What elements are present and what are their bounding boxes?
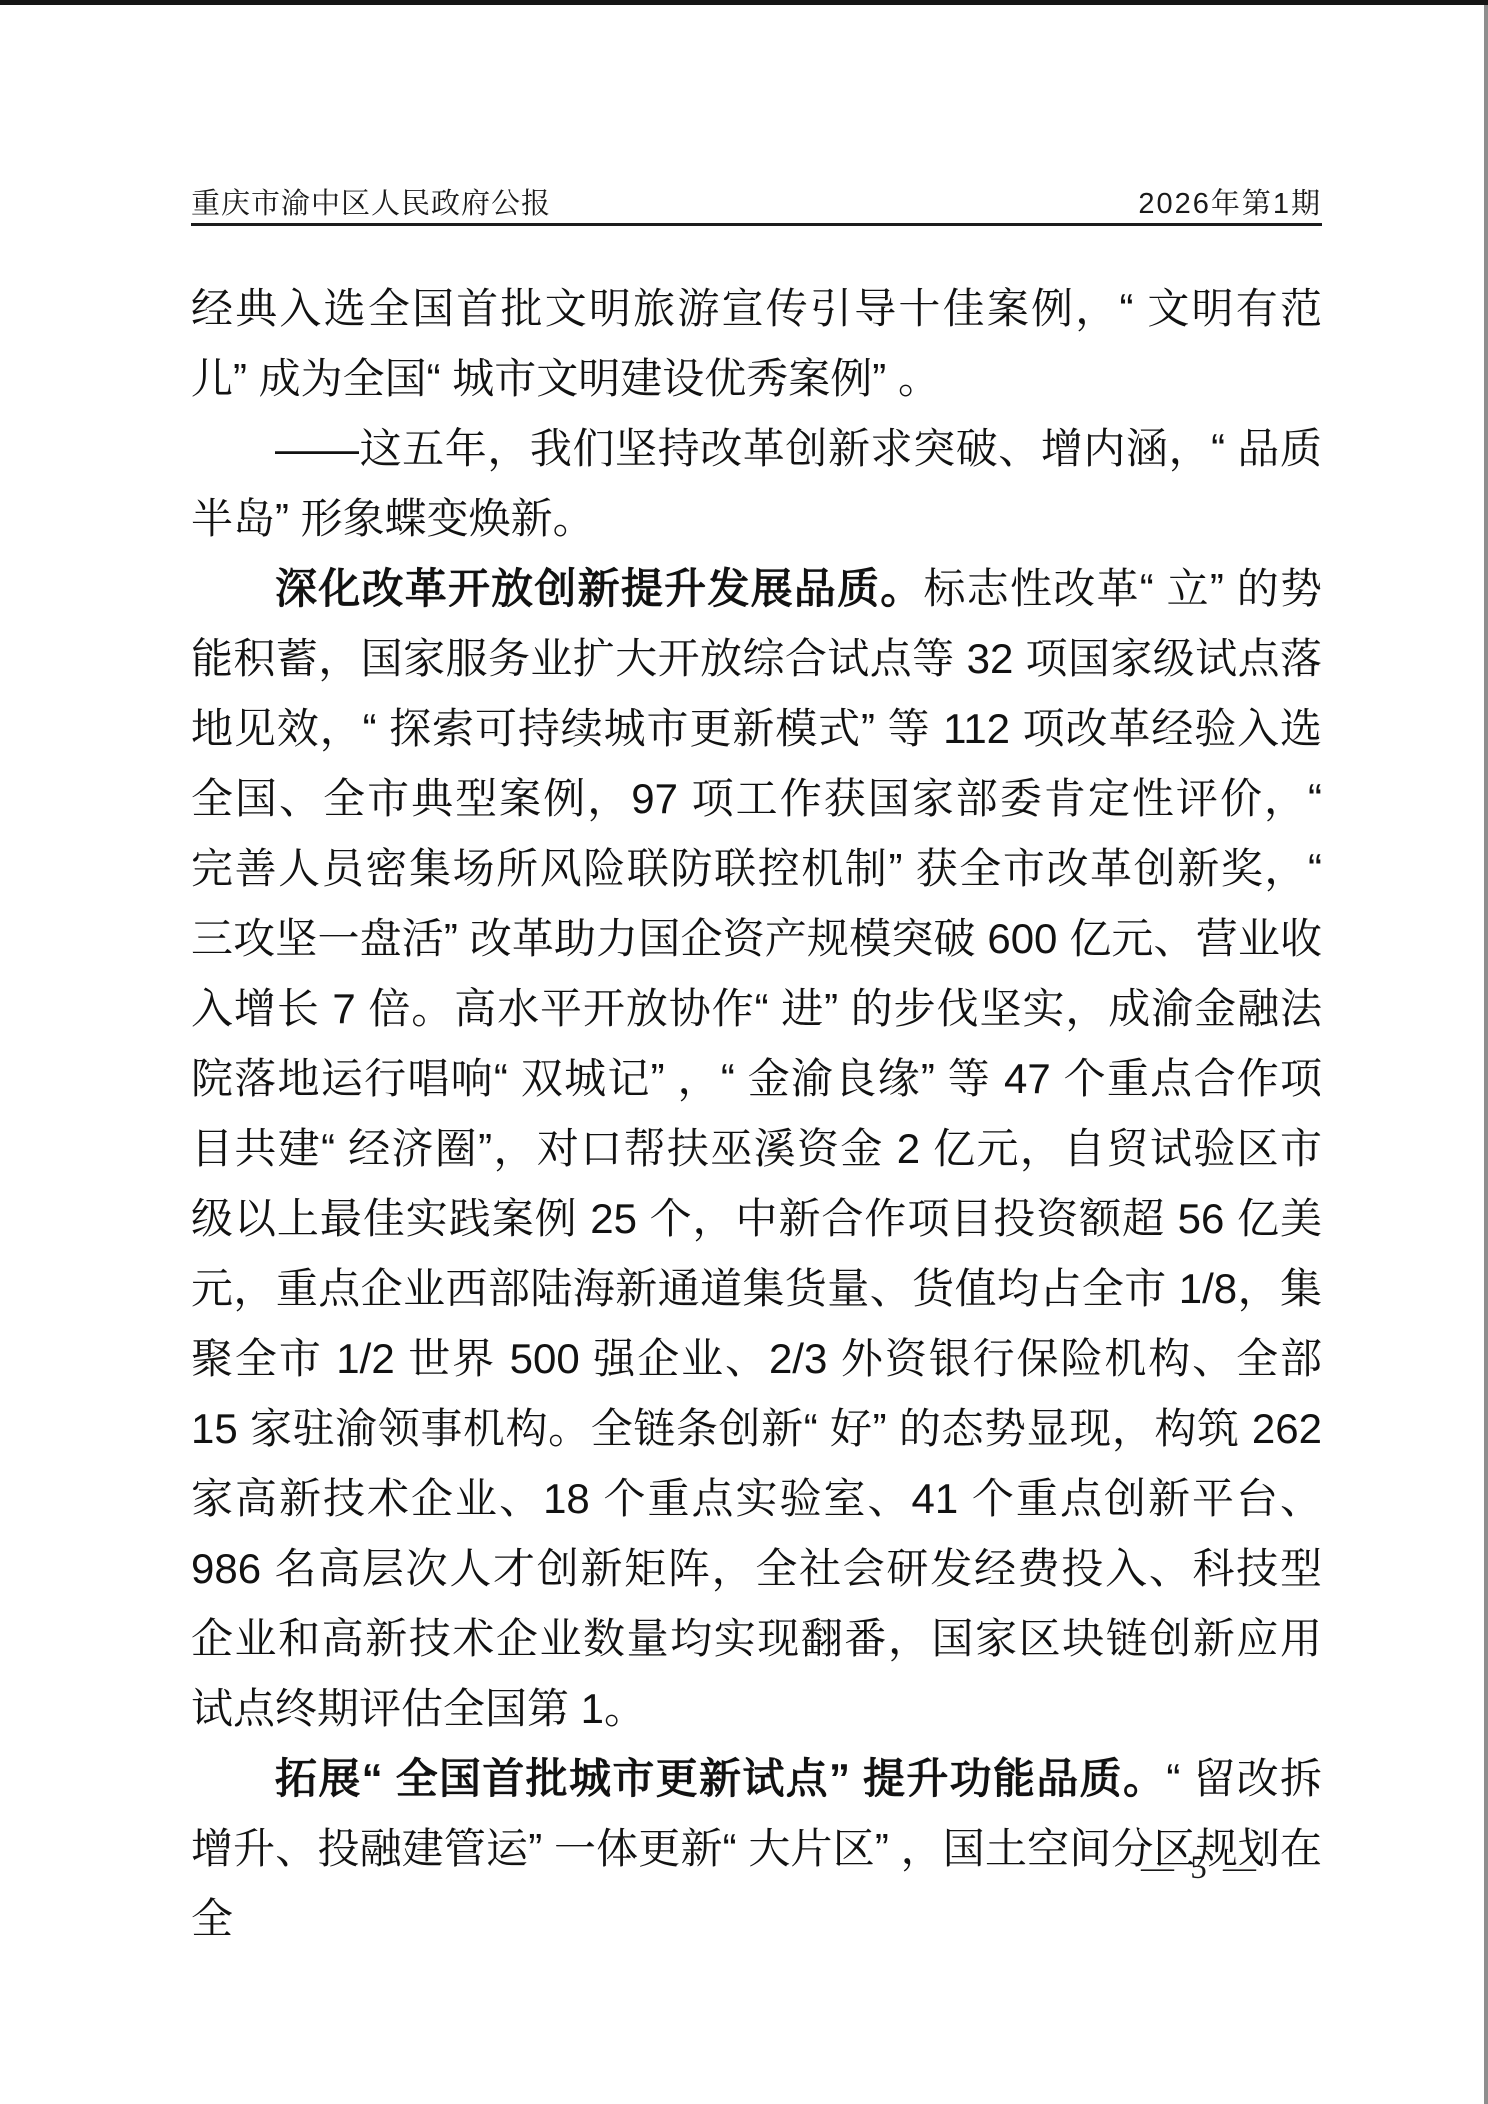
paragraph: 深化改革开放创新提升发展品质。标志性改革“ 立” 的势能积蓄，国家服务业扩大开放… bbox=[191, 554, 1322, 1744]
page-number: — 5 — bbox=[1141, 1850, 1260, 1886]
scan-right-edge-strip bbox=[1484, 5, 1488, 2104]
header-issue-label: 2026年第1期 bbox=[1138, 181, 1322, 222]
paragraph-text: 标志性改革“ 立” 的势能积蓄，国家服务业扩大开放综合试点等 32 项国家级试点… bbox=[191, 565, 1322, 1732]
paragraph-text: ——这五年，我们坚持改革创新求突破、增内涵，“ 品质半岛” 形象蝶变焕新。 bbox=[191, 425, 1322, 542]
paragraph: ——这五年，我们坚持改革创新求突破、增内涵，“ 品质半岛” 形象蝶变焕新。 bbox=[191, 414, 1322, 554]
page-footer: — 5 — bbox=[1141, 1850, 1260, 1887]
header-divider-rule bbox=[191, 223, 1322, 226]
paragraph-lead-bold: 深化改革开放创新提升发展品质。 bbox=[275, 565, 924, 612]
page-header: 重庆市渝中区人民政府公报 2026年第1期 bbox=[191, 181, 1322, 222]
paragraph-lead-bold: 拓展“ 全国首批城市更新试点” 提升功能品质。 bbox=[275, 1755, 1166, 1802]
document-body: 经典入选全国首批文明旅游宣传引导十佳案例，“ 文明有范儿” 成为全国“ 城市文明… bbox=[191, 274, 1322, 1954]
paragraph: 拓展“ 全国首批城市更新试点” 提升功能品质。“ 留改拆增升、投融建管运” 一体… bbox=[191, 1744, 1322, 1954]
paragraph-text: 经典入选全国首批文明旅游宣传引导十佳案例，“ 文明有范儿” 成为全国“ 城市文明… bbox=[191, 285, 1322, 402]
header-publication-title: 重庆市渝中区人民政府公报 bbox=[191, 181, 551, 222]
paragraph: 经典入选全国首批文明旅游宣传引导十佳案例，“ 文明有范儿” 成为全国“ 城市文明… bbox=[191, 274, 1322, 414]
scan-top-edge-bar bbox=[0, 0, 1488, 5]
